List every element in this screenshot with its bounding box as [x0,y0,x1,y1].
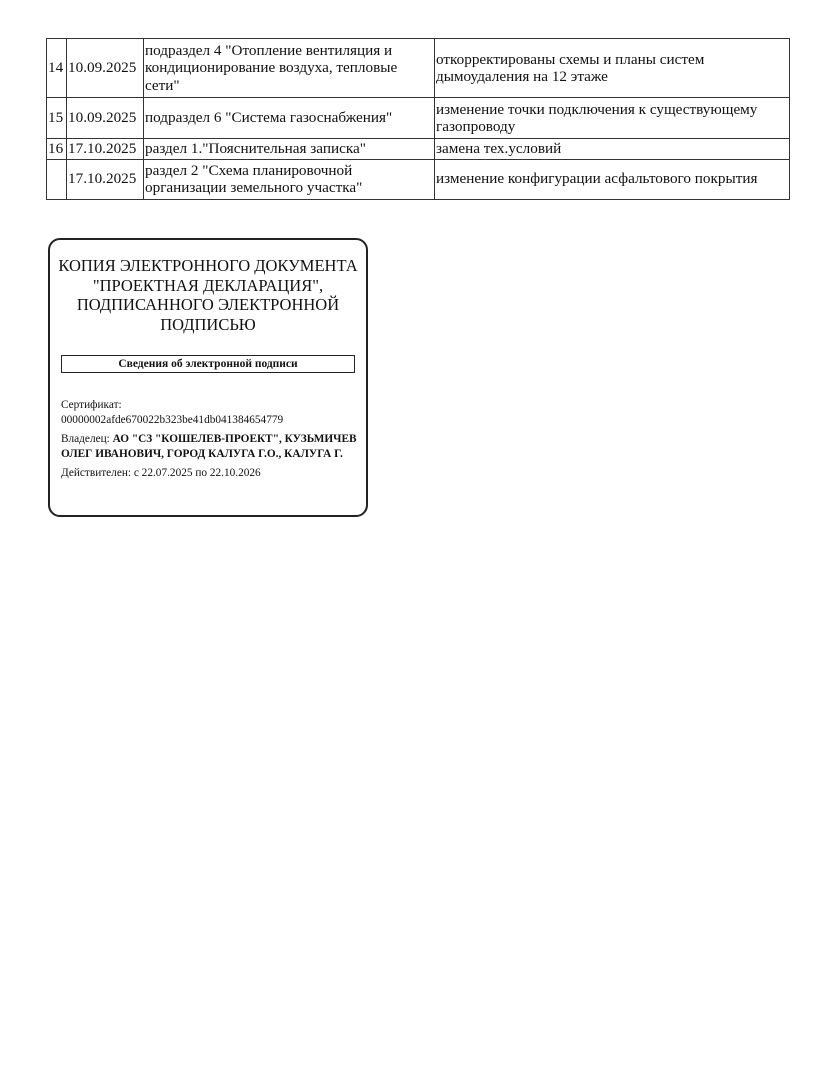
table-row: 15 10.09.2025 подраздел 6 "Система газос… [47,98,790,139]
row-change: изменение точки подключения к существующ… [435,98,790,139]
owner-label: Владелец: [61,433,113,445]
row-date: 17.10.2025 [67,139,144,160]
validity-period: Действителен: с 22.07.2025 по 22.10.2026 [61,466,361,481]
owner-block: Владелец: АО "СЗ "КОШЕЛЕВ-ПРОЕКТ", КУЗЬМ… [61,432,361,461]
row-number: 15 [47,98,67,139]
certificate-number: 00000002afde670022b323be41db041384654779 [61,413,361,428]
table-row: 17.10.2025 раздел 2 "Схема планировочной… [47,159,790,199]
certificate-block: Сертификат: 00000002afde670022b323be41db… [61,398,361,427]
row-section: подраздел 6 "Система газоснабжения" [144,98,435,139]
row-change: замена тех.условий [435,139,790,160]
certificate-label: Сертификат: [61,398,361,413]
row-date: 10.09.2025 [67,39,144,98]
signature-stamp: КОПИЯ ЭЛЕКТРОННОГО ДОКУМЕНТА "ПРОЕКТНАЯ … [48,238,368,517]
row-date: 10.09.2025 [67,98,144,139]
row-date: 17.10.2025 [67,159,144,199]
stamp-subtitle: Сведения об электронной подписи [61,355,355,373]
row-section: раздел 1."Пояснительная записка" [144,139,435,160]
row-section: раздел 2 "Схема планировочной организаци… [144,159,435,199]
stamp-title: КОПИЯ ЭЛЕКТРОННОГО ДОКУМЕНТА "ПРОЕКТНАЯ … [50,256,366,334]
row-change: изменение конфигурации асфальтового покр… [435,159,790,199]
stamp-details: Сертификат: 00000002afde670022b323be41db… [61,398,361,481]
row-section: подраздел 4 "Отопление вентиляция и конд… [144,39,435,98]
table-row: 14 10.09.2025 подраздел 4 "Отопление вен… [47,39,790,98]
row-number: 14 [47,39,67,98]
changes-table: 14 10.09.2025 подраздел 4 "Отопление вен… [46,38,790,200]
row-number [47,159,67,199]
row-change: откорректированы схемы и планы систем ды… [435,39,790,98]
table-row: 16 17.10.2025 раздел 1."Пояснительная за… [47,139,790,160]
row-number: 16 [47,139,67,160]
